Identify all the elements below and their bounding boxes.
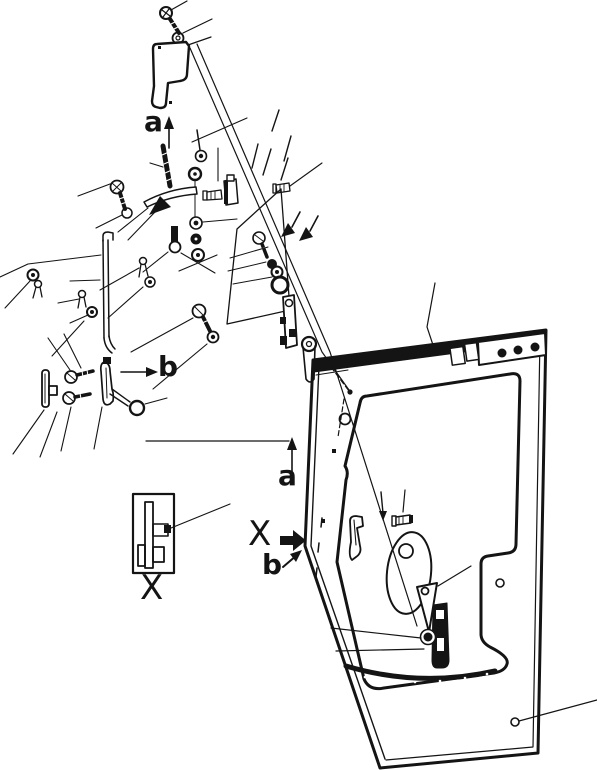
view-label-a-mid: a [278,462,297,490]
view-label-a-top: a [144,108,163,136]
diagram-canvas [0,0,597,770]
detail-label-x-box: X [140,571,163,605]
rod-eye [130,401,144,415]
lock-rod [0,232,115,356]
handle-assembly [13,334,167,457]
view-label-b-left: b [158,353,178,381]
o-ring [272,277,288,293]
view-label-b-mid: b [262,551,282,579]
hardware-cluster [78,110,322,318]
detail-x-box [133,494,230,573]
detail-label-x-arrow: X [248,517,271,551]
top-bracket-assembly [152,1,212,108]
mount-bracket [152,42,189,108]
arrow-x-bold [280,530,306,551]
exploded-parts-diagram: a a b b X X [0,0,597,770]
crank-arm [144,187,197,207]
door-panel [305,330,597,768]
